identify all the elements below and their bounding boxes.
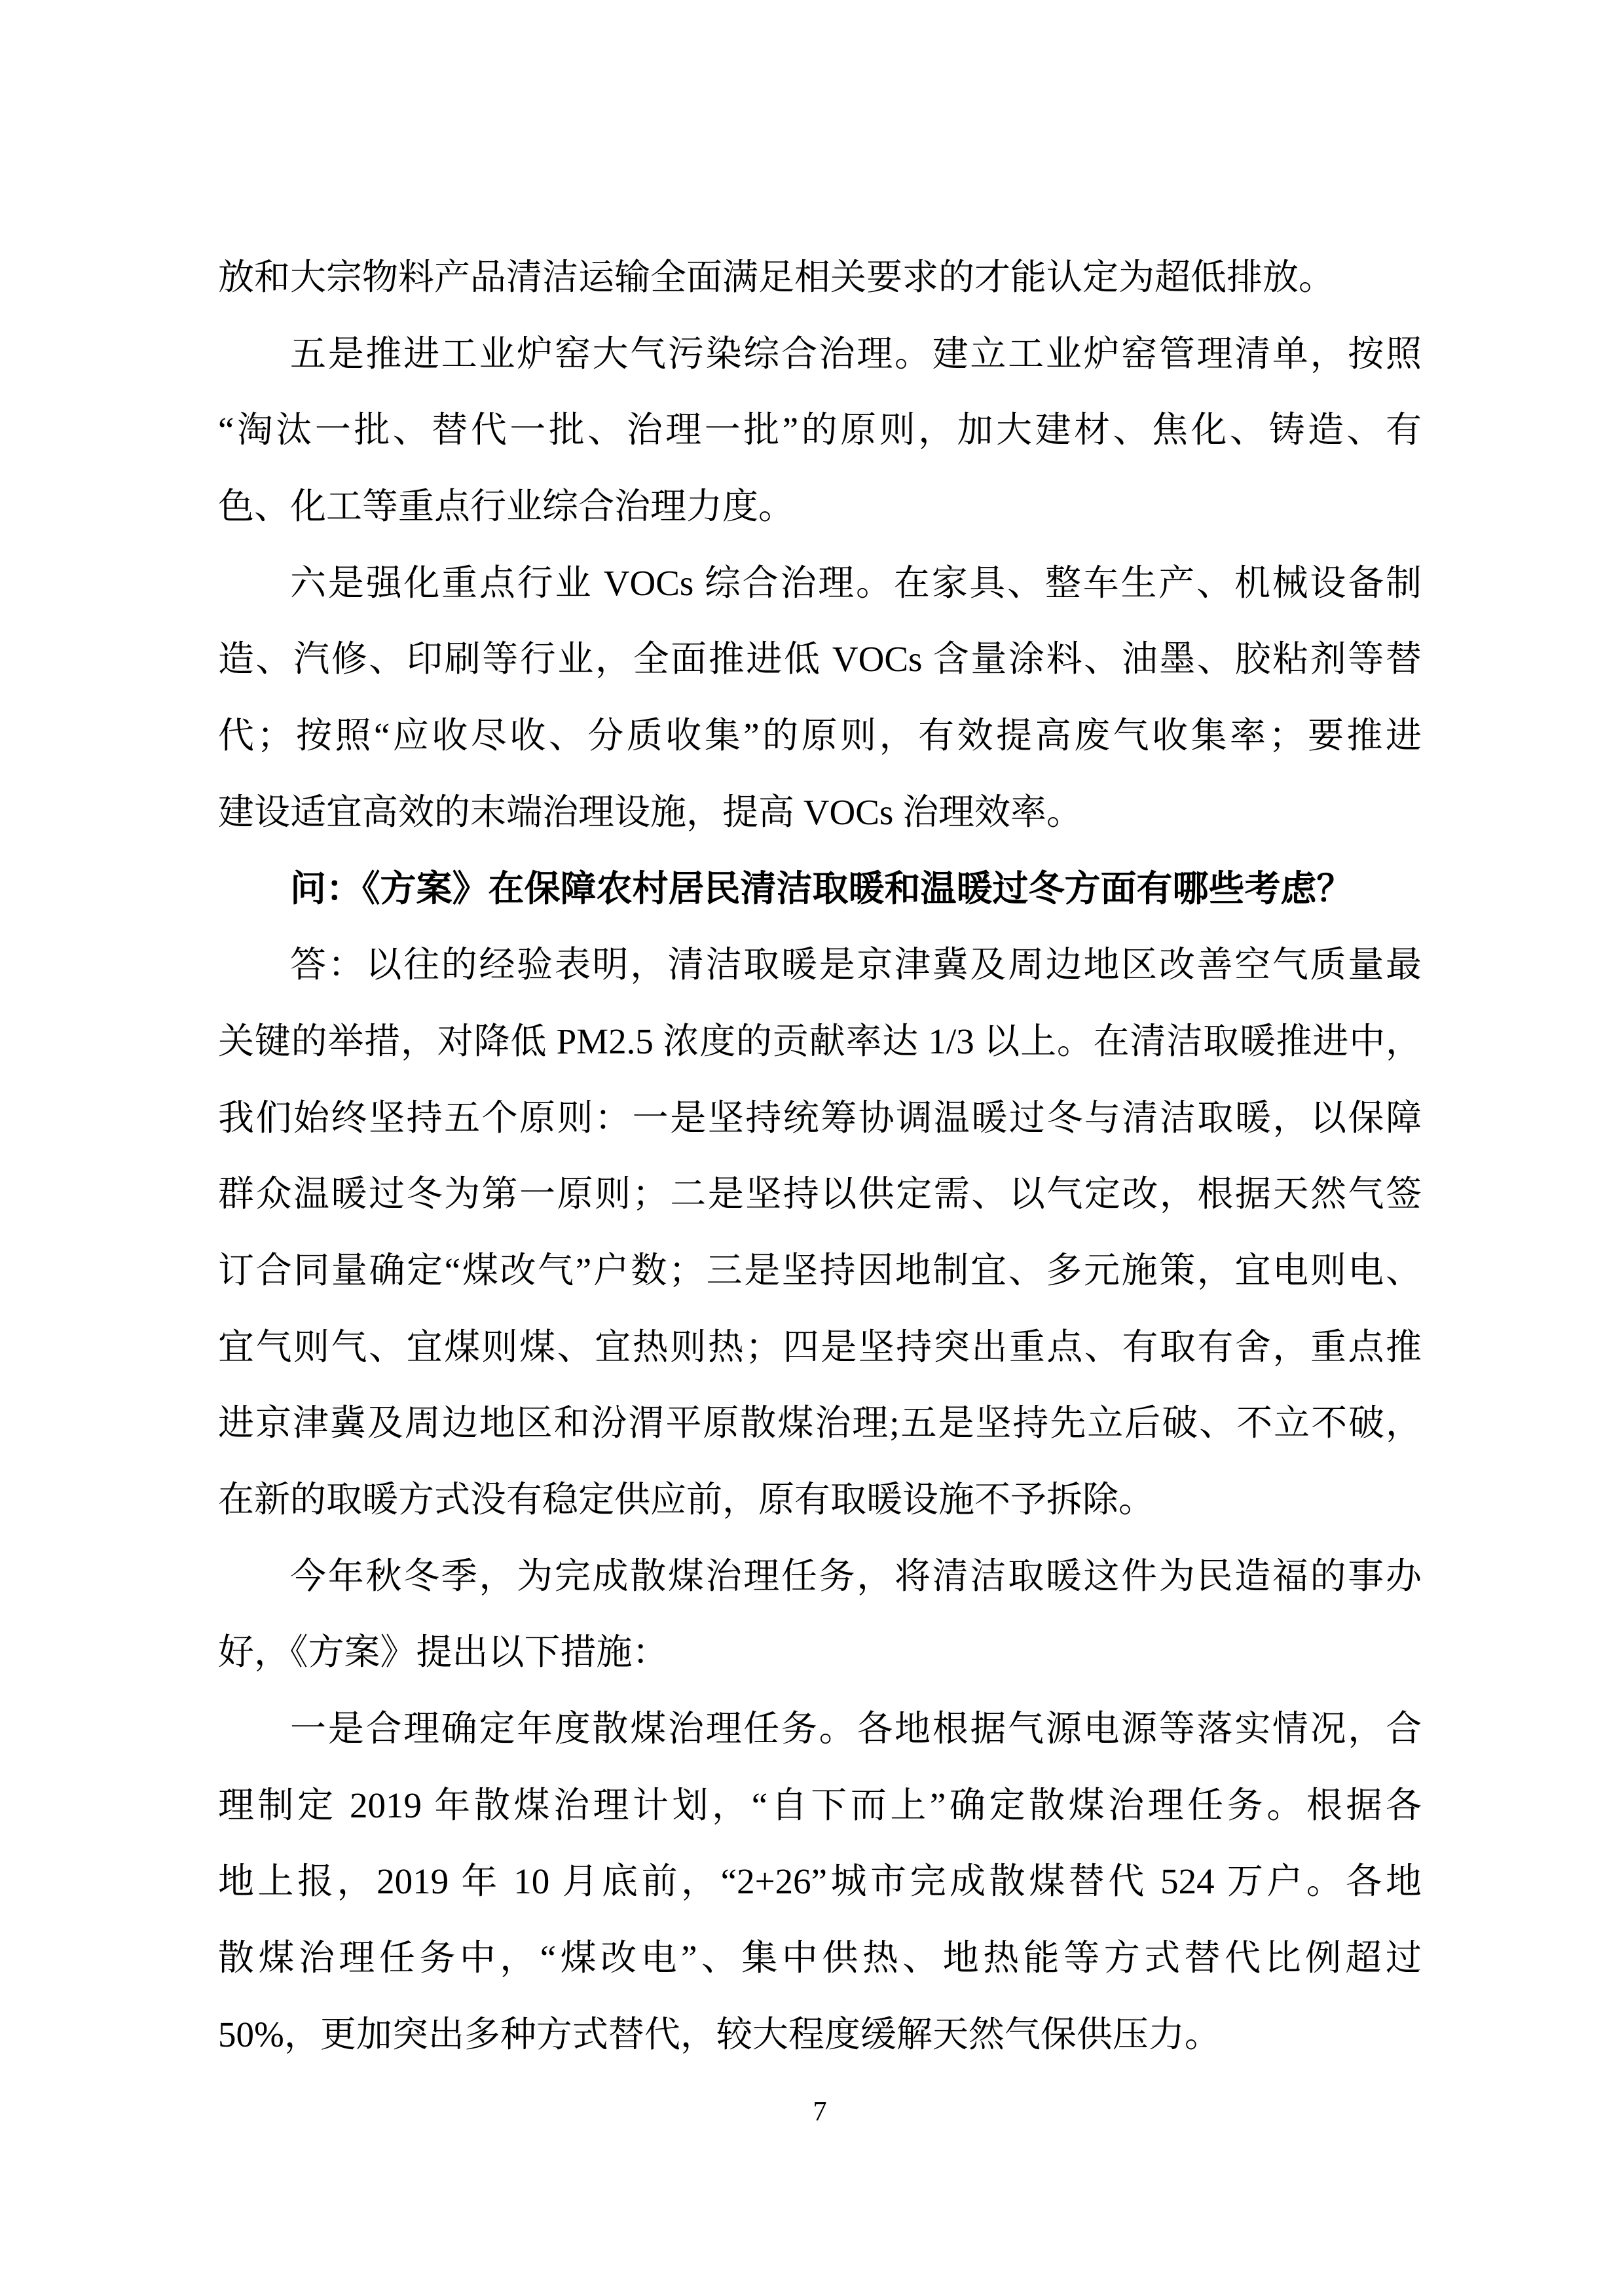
text-line: 建设适宜高效的末端治理设施，提高 VOCs 治理效率。 <box>218 774 1422 851</box>
text-line: 答：以往的经验表明，清洁取暖是京津冀及周边地区改善空气质量最 <box>218 927 1422 1004</box>
document-body: 放和大宗物料产品清洁运输全面满足相关要求的才能认定为超低排放。 五是推进工业炉窑… <box>218 240 1422 2073</box>
text-line: 宜气则气、宜煤则煤、宜热则热；四是坚持突出重点、有取有舍，重点推 <box>218 1309 1422 1386</box>
text-line: 群众温暖过冬为第一原则；二是坚持以供定需、以气定改，根据天然气签 <box>218 1156 1422 1233</box>
text-line: 理制定 2019 年散煤治理计划，“自下而上”确定散煤治理任务。根据各 <box>218 1768 1422 1844</box>
text-line: “淘汰一批、替代一批、治理一批”的原则，加大建材、焦化、铸造、有 <box>218 392 1422 469</box>
text-line: 放和大宗物料产品清洁运输全面满足相关要求的才能认定为超低排放。 <box>218 240 1422 316</box>
text-line: 进京津冀及周边地区和汾渭平原散煤治理;五是坚持先立后破、不立不破， <box>218 1385 1422 1462</box>
text-line: 五是推进工业炉窑大气污染综合治理。建立工业炉窑管理清单，按照 <box>218 316 1422 393</box>
text-line: 在新的取暖方式没有稳定供应前，原有取暖设施不予拆除。 <box>218 1462 1422 1539</box>
text-line: 地上报，2019 年 10 月底前，“2+26”城市完成散煤替代 524 万户。… <box>218 1844 1422 1920</box>
text-line: 散煤治理任务中，“煤改电”、集中供热、地热能等方式替代比例超过 <box>218 1920 1422 1997</box>
text-line: 代；按照“应收尽收、分质收集”的原则，有效提高废气收集率；要推进 <box>218 698 1422 774</box>
text-line: 关键的举措，对降低 PM2.5 浓度的贡献率达 1/3 以上。在清洁取暖推进中， <box>218 1004 1422 1080</box>
text-line: 50%，更加突出多种方式替代，较大程度缓解天然气保供压力。 <box>218 1997 1422 2073</box>
text-line: 订合同量确定“煤改气”户数；三是坚持因地制宜、多元施策，宜电则电、 <box>218 1233 1422 1309</box>
text-line: 一是合理确定年度散煤治理任务。各地根据气源电源等落实情况，合 <box>218 1691 1422 1768</box>
text-line: 色、化工等重点行业综合治理力度。 <box>218 469 1422 545</box>
text-line: 好，《方案》提出以下措施： <box>218 1614 1422 1691</box>
question-heading-line: 问：《方案》在保障农村居民清洁取暖和温暖过冬方面有哪些考虑？ <box>218 851 1422 928</box>
text-line: 我们始终坚持五个原则：一是坚持统筹协调温暖过冬与清洁取暖，以保障 <box>218 1080 1422 1157</box>
text-line: 造、汽修、印刷等行业，全面推进低 VOCs 含量涂料、油墨、胶粘剂等替 <box>218 621 1422 698</box>
page-number: 7 <box>218 2092 1422 2132</box>
document-page: 放和大宗物料产品清洁运输全面满足相关要求的才能认定为超低排放。 五是推进工业炉窑… <box>0 0 1624 2296</box>
text-line: 今年秋冬季，为完成散煤治理任务，将清洁取暖这件为民造福的事办 <box>218 1539 1422 1615</box>
text-line: 六是强化重点行业 VOCs 综合治理。在家具、整车生产、机械设备制 <box>218 545 1422 622</box>
